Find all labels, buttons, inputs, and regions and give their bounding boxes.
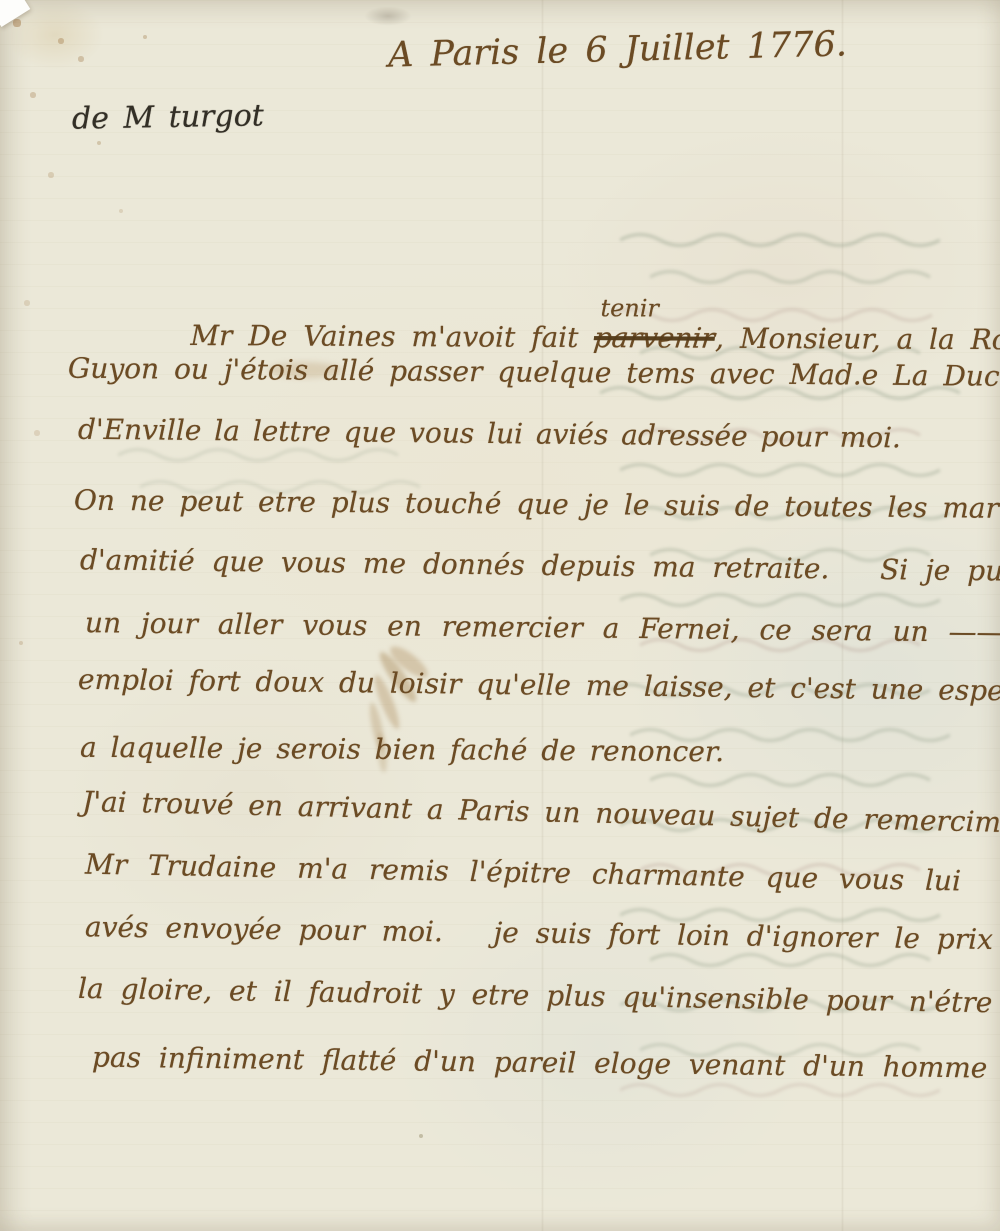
letter-line: d'Enville la lettre que vous lui aviés a… bbox=[78, 413, 901, 455]
inserted-word: tenir bbox=[600, 294, 659, 322]
sender-annotation: de M turgot bbox=[72, 98, 264, 136]
bleed-through-line bbox=[620, 225, 940, 255]
foxing-spots bbox=[0, 0, 2, 2]
letter-page: A Paris le 6 Juillet 1776. de M turgot M… bbox=[0, 0, 1000, 1231]
bleed-through-line bbox=[650, 262, 950, 292]
bleed-through-line bbox=[650, 765, 950, 795]
scan-corner-artifact bbox=[0, 0, 30, 27]
bleed-through-line bbox=[620, 585, 950, 615]
letter-line: un jour aller vous en remercier a Fernei… bbox=[85, 606, 1000, 649]
letter-line: la gloire, et il faudroit y etre plus qu… bbox=[78, 972, 993, 1019]
letter-line: Guyon ou j'étois allé passer quelque tem… bbox=[68, 352, 1000, 394]
struck-word: parvenirtenir bbox=[594, 321, 715, 355]
dateline: A Paris le 6 Juillet 1776. bbox=[388, 24, 848, 75]
letter-line: On ne peut etre plus touché que je le su… bbox=[74, 484, 1000, 526]
letter-line: emploi fort doux du loisir qu'elle me la… bbox=[78, 663, 1000, 708]
letter-line: pas infiniment flatté d'un pareil eloge … bbox=[92, 1041, 988, 1085]
letter-line: d'amitié que vous me donnés depuis ma re… bbox=[80, 543, 1000, 588]
line1-post: , Monsieur, a la Roche bbox=[715, 322, 1000, 357]
line1-pre: Mr De Vaines m'avoit fait bbox=[190, 319, 594, 354]
bleed-through-line bbox=[620, 455, 960, 485]
letter-line: a laquelle je serois bien faché de renon… bbox=[80, 731, 724, 768]
letter-line: Mr Trudaine m'a remis l'épitre charmante… bbox=[85, 848, 962, 898]
